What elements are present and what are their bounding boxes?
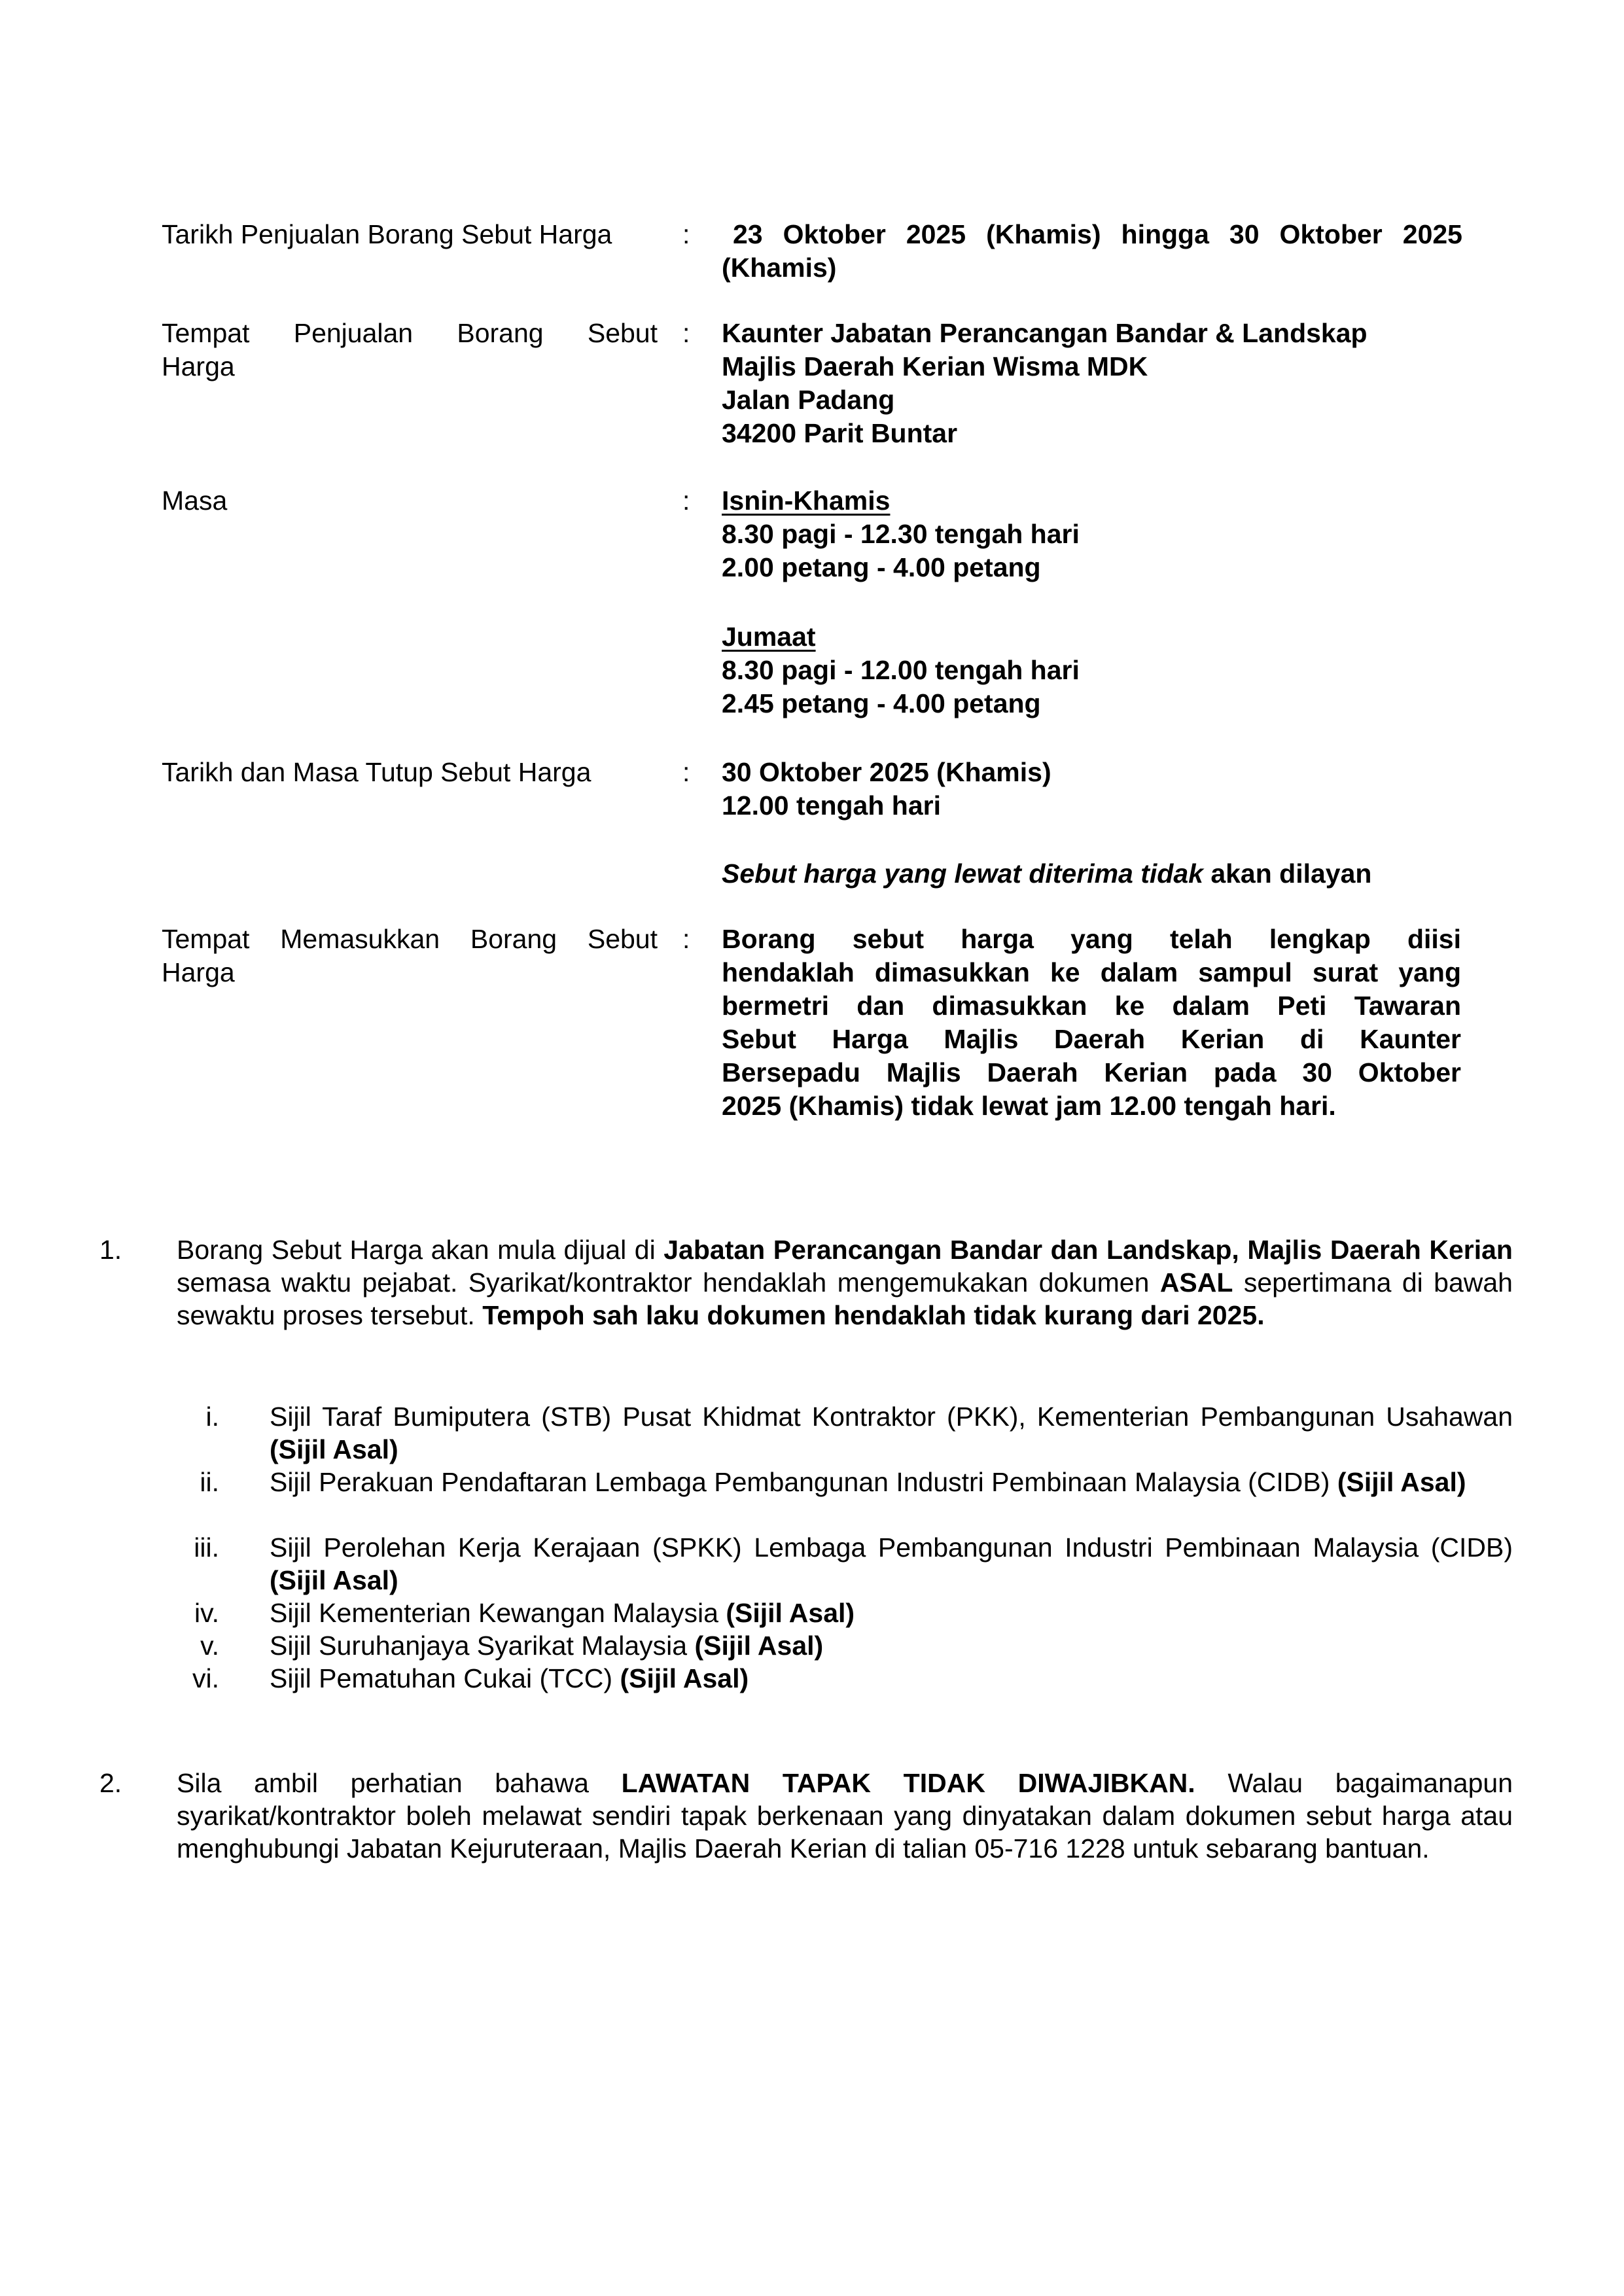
asal-emphasis: ASAL [1160,1267,1233,1298]
hours-label: Masa [162,484,227,518]
validity-note: Tempoh sah laku dokumen hendaklah tidak … [482,1300,1264,1330]
closing-time: 12.00 tengah hari [722,789,1461,822]
doc-item: Sijil Perakuan Pendaftaran Lembaga Pemba… [270,1466,1513,1498]
doc-num: vi. [154,1662,219,1695]
weekday-heading: Isnin-Khamis [722,486,890,516]
late-note-italic: Sebut harga yang lewat diterima tidak [722,858,1203,889]
paragraph-1-number: 1. [99,1233,122,1267]
weekday-hours: Isnin-Khamis 8.30 pagi - 12.30 tengah ha… [722,484,1461,584]
sale-date-value-line1: 23 Oktober 2025 (Khamis) hingga 30 Oktob… [733,218,1462,251]
submission-line: bermetri dan dimasukkan ke dalam Peti Ta… [722,989,1461,1023]
paragraph-1: Borang Sebut Harga akan mula dijual di J… [177,1233,1513,1332]
submission-line: hendaklah dimasukkan ke dalam sampul sur… [722,956,1461,989]
doc-asal: (Sijil Asal) [620,1663,749,1693]
doc-item: Sijil Perolehan Kerja Kerajaan (SPKK) Le… [270,1531,1513,1597]
submission-line: 2025 (Khamis) tidak lewat jam 12.00 teng… [722,1089,1461,1123]
paragraph-2: Sila ambil perhatian bahawa LAWATAN TAPA… [177,1767,1513,1865]
address-line: Kaunter Jabatan Perancangan Bandar & Lan… [722,317,1461,350]
closing-value: 30 Oktober 2025 (Khamis) 12.00 tengah ha… [722,756,1461,822]
paragraph-1-text: Borang Sebut Harga akan mula dijual di [177,1235,663,1265]
site-visit-notice: LAWATAN TAPAK TIDAK DIWAJIBKAN. [622,1768,1195,1798]
sale-place-label-line1: Tempat Penjualan Borang Sebut [162,317,658,350]
friday-hours: Jumaat 8.30 pagi - 12.00 tengah hari 2.4… [722,620,1461,720]
submission-line: Sebut Harga Majlis Daerah Kerian di Kaun… [722,1023,1461,1056]
weekday-hours-line: 8.30 pagi - 12.30 tengah hari [722,518,1461,551]
paragraph-1-text: semasa waktu pejabat. Syarikat/kontrakto… [177,1267,1160,1298]
doc-text: Sijil Suruhanjaya Syarikat Malaysia [270,1631,694,1661]
doc-num: i. [154,1400,219,1434]
sale-date-colon: : [682,218,696,251]
friday-hours-line: 8.30 pagi - 12.00 tengah hari [722,654,1461,687]
hours-colon: : [682,484,696,518]
doc-text: Sijil Pematuhan Cukai (TCC) [270,1663,620,1693]
doc-num: iii. [154,1531,219,1564]
doc-num: iv. [154,1597,219,1630]
late-submission-note: Sebut harga yang lewat diterima tidak ak… [722,857,1461,891]
closing-date: 30 Oktober 2025 (Khamis) [722,756,1461,789]
department-name: Jabatan Perancangan Bandar dan Landskap,… [663,1235,1513,1265]
submission-line: Borang sebut harga yang telah lengkap di… [722,923,1461,956]
doc-asal: (Sijil Asal) [270,1565,398,1595]
sale-place-label-line2: Harga [162,350,235,383]
closing-colon: : [682,756,696,789]
document-page: Tarikh Penjualan Borang Sebut Harga : 23… [0,0,1624,2296]
doc-text: Sijil Perakuan Pendaftaran Lembaga Pemba… [270,1467,1337,1497]
doc-asal: (Sijil Asal) [726,1598,855,1628]
sale-date-label: Tarikh Penjualan Borang Sebut Harga [162,218,612,251]
late-note-plain: akan dilayan [1203,858,1372,889]
doc-text: Sijil Perolehan Kerja Kerajaan (SPKK) Le… [270,1532,1513,1563]
friday-heading: Jumaat [722,622,816,652]
submission-place-label-line2: Harga [162,956,235,989]
doc-text: Sijil Kementerian Kewangan Malaysia [270,1598,726,1628]
sale-place-address: Kaunter Jabatan Perancangan Bandar & Lan… [722,317,1461,450]
paragraph-2-text: Sila ambil perhatian bahawa [177,1768,622,1798]
closing-label: Tarikh dan Masa Tutup Sebut Harga [162,756,591,789]
doc-asal: (Sijil Asal) [1337,1467,1466,1497]
submission-place-label-line1: Tempat Memasukkan Borang Sebut [162,923,658,956]
doc-num: ii. [154,1466,219,1499]
doc-text: Sijil Taraf Bumiputera (STB) Pusat Khidm… [270,1402,1513,1432]
doc-asal: (Sijil Asal) [694,1631,823,1661]
doc-item: Sijil Kementerian Kewangan Malaysia (Sij… [270,1597,1513,1629]
submission-place-value: Borang sebut harga yang telah lengkap di… [722,923,1461,1123]
address-line: 34200 Parit Buntar [722,417,1461,450]
submission-place-colon: : [682,923,696,956]
submission-line: Bersepadu Majlis Daerah Kerian pada 30 O… [722,1056,1461,1089]
doc-asal: (Sijil Asal) [270,1434,398,1464]
sale-date-value-line2: (Khamis) [722,251,1461,285]
doc-item: Sijil Taraf Bumiputera (STB) Pusat Khidm… [270,1400,1513,1466]
address-line: Majlis Daerah Kerian Wisma MDK [722,350,1461,383]
friday-hours-line: 2.45 petang - 4.00 petang [722,687,1461,720]
doc-item: Sijil Pematuhan Cukai (TCC) (Sijil Asal) [270,1662,1513,1695]
doc-item: Sijil Suruhanjaya Syarikat Malaysia (Sij… [270,1629,1513,1662]
weekday-hours-line: 2.00 petang - 4.00 petang [722,551,1461,584]
sale-place-colon: : [682,317,696,350]
paragraph-2-number: 2. [99,1767,122,1800]
address-line: Jalan Padang [722,383,1461,417]
doc-num: v. [154,1629,219,1663]
